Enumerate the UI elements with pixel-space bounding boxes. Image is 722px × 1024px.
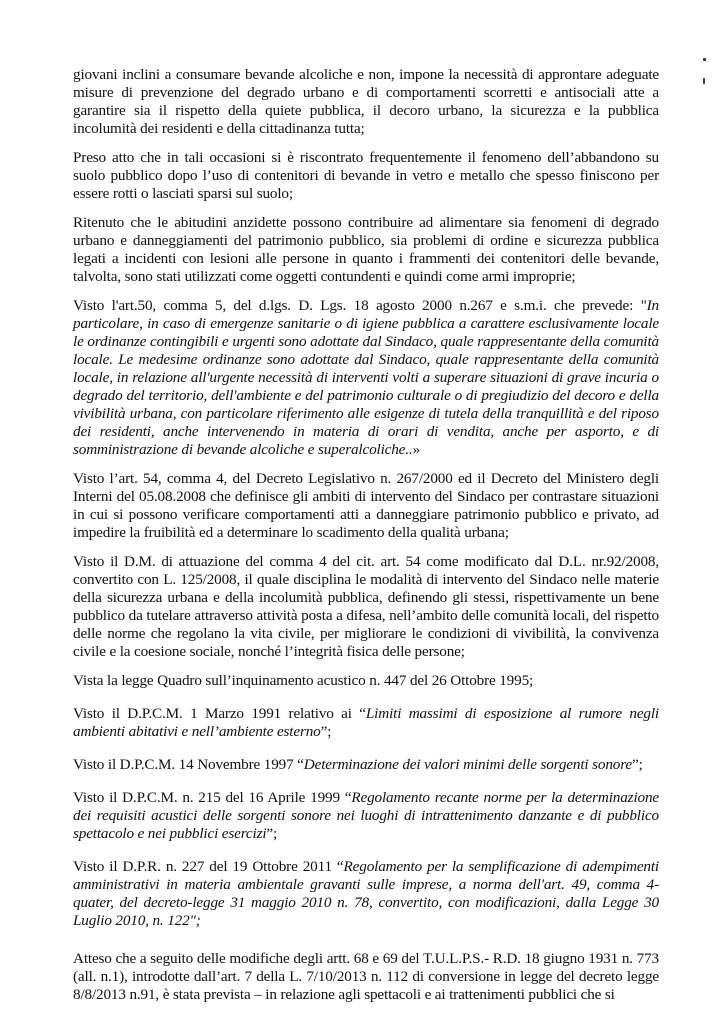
paragraph-legge-quadro: Vista la legge Quadro sull’inquinamento … [73, 672, 659, 690]
paragraph-text: Preso atto che in tali occasioni si è ri… [73, 149, 659, 202]
paragraph-dpcm-1997: Visto il D.P.C.M. 14 Novembre 1997 “Dete… [73, 756, 659, 774]
paragraph-dpr-2011: Visto il D.P.R. n. 227 del 19 Ottobre 20… [73, 858, 659, 930]
closing-quote: ”; [632, 756, 643, 773]
quoted-law-text: In particolare, in caso di emergenze san… [73, 297, 659, 458]
paragraph-text: Visto il D.P.C.M. 14 Novembre 1997 “ [73, 756, 304, 773]
paragraph-preso-atto: Preso atto che in tali occasioni si è ri… [73, 149, 659, 203]
paragraph-visto-dm: Visto il D.M. di attuazione del comma 4 … [73, 553, 659, 661]
closing-quote: ”; [321, 723, 332, 740]
paragraph-text: Visto l’art. 54, comma 4, del Decreto Le… [73, 470, 659, 541]
paragraph-ritenuto: Ritenuto che le abitudini anzidette poss… [73, 214, 659, 286]
margin-tick-mark [703, 78, 705, 84]
paragraph-giovani-inclini: giovani inclini a consumare bevande alco… [73, 66, 659, 138]
paragraph-atteso: Atteso che a seguito delle modifiche deg… [73, 950, 659, 1004]
margin-dot-mark [703, 58, 706, 61]
paragraph-text: Visto il D.M. di attuazione del comma 4 … [73, 553, 659, 660]
paragraph-visto-art54: Visto l’art. 54, comma 4, del Decreto Le… [73, 470, 659, 542]
paragraph-text: Visto l'art.50, comma 5, del d.lgs. D. L… [73, 297, 647, 314]
closing-quote: ”; [266, 825, 277, 842]
paragraph-text: Ritenuto che le abitudini anzidette poss… [73, 214, 659, 285]
closing-quote: » [413, 441, 420, 458]
paragraph-visto-art50: Visto l'art.50, comma 5, del d.lgs. D. L… [73, 297, 659, 459]
paragraph-text: Visto il D.P.R. n. 227 del 19 Ottobre 20… [73, 858, 344, 875]
paragraph-text: Visto il D.P.C.M. 1 Marzo 1991 relativo … [73, 705, 366, 722]
quoted-title: Determinazione dei valori minimi delle s… [304, 756, 632, 773]
paragraph-text: Atteso che a seguito delle modifiche deg… [73, 950, 659, 1003]
paragraph-text: giovani inclini a consumare bevande alco… [73, 66, 659, 137]
paragraph-text: Visto il D.P.C.M. n. 215 del 16 Aprile 1… [73, 789, 351, 806]
paragraph-dpcm-1999: Visto il D.P.C.M. n. 215 del 16 Aprile 1… [73, 789, 659, 843]
document-page: giovani inclini a consumare bevande alco… [73, 66, 659, 1015]
paragraph-text: Vista la legge Quadro sull’inquinamento … [73, 672, 533, 689]
paragraph-dpcm-1991: Visto il D.P.C.M. 1 Marzo 1991 relativo … [73, 705, 659, 741]
